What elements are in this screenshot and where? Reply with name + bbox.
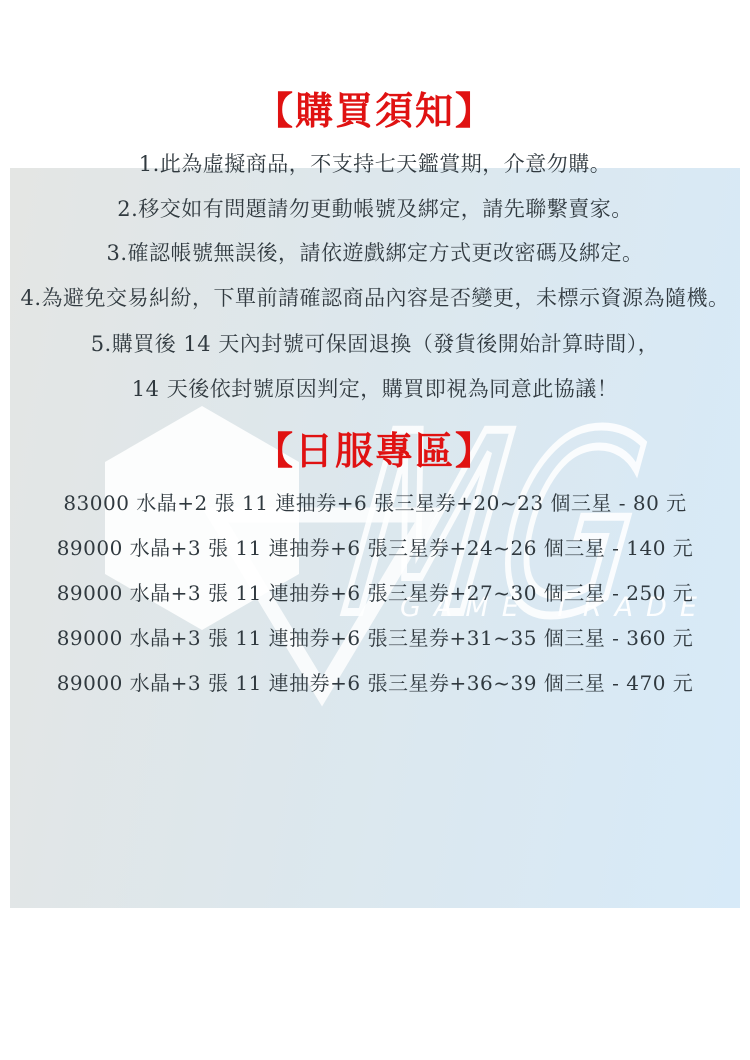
product-price-row: 89000 水晶+3 張 11 連抽券+6 張三星券+24~26 個三星 - 1… — [0, 533, 750, 563]
product-price-row: 83000 水晶+2 張 11 連抽券+6 張三星券+20~23 個三星 - 8… — [0, 488, 750, 518]
notice-item-1: 1.此為虛擬商品，不支持七天鑑賞期，介意勿購。 — [0, 149, 750, 179]
product-price-row: 89000 水晶+3 張 11 連抽券+6 張三星券+27~30 個三星 - 2… — [0, 578, 750, 608]
notice-item-5-line-2: 14 天後依封號原因判定，購買即視為同意此協議！ — [0, 374, 750, 404]
product-price-row: 89000 水晶+3 張 11 連抽券+6 張三星券+31~35 個三星 - 3… — [0, 623, 750, 653]
listing-page: MG GAME TRADE 【購買須知】 1.此為虛擬商品，不支持七天鑑賞期，介… — [0, 0, 750, 1060]
japan-server-section-title: 【日服專區】 — [0, 420, 750, 475]
notice-item-3: 3.確認帳號無誤後，請依遊戲綁定方式更改密碼及綁定。 — [0, 238, 750, 268]
purchase-notice-title: 【購買須知】 — [0, 80, 750, 135]
notice-item-2: 2.移交如有問題請勿更動帳號及綁定，請先聯繫賣家。 — [0, 194, 750, 224]
notice-item-5-line-1: 5.購買後 14 天內封號可保固退換（發貨後開始計算時間）， — [0, 329, 750, 359]
product-price-row: 89000 水晶+3 張 11 連抽券+6 張三星券+36~39 個三星 - 4… — [0, 668, 750, 698]
notice-item-4: 4.為避免交易糾紛，下單前請確認商品內容是否變更，未標示資源為隨機。 — [0, 283, 750, 313]
